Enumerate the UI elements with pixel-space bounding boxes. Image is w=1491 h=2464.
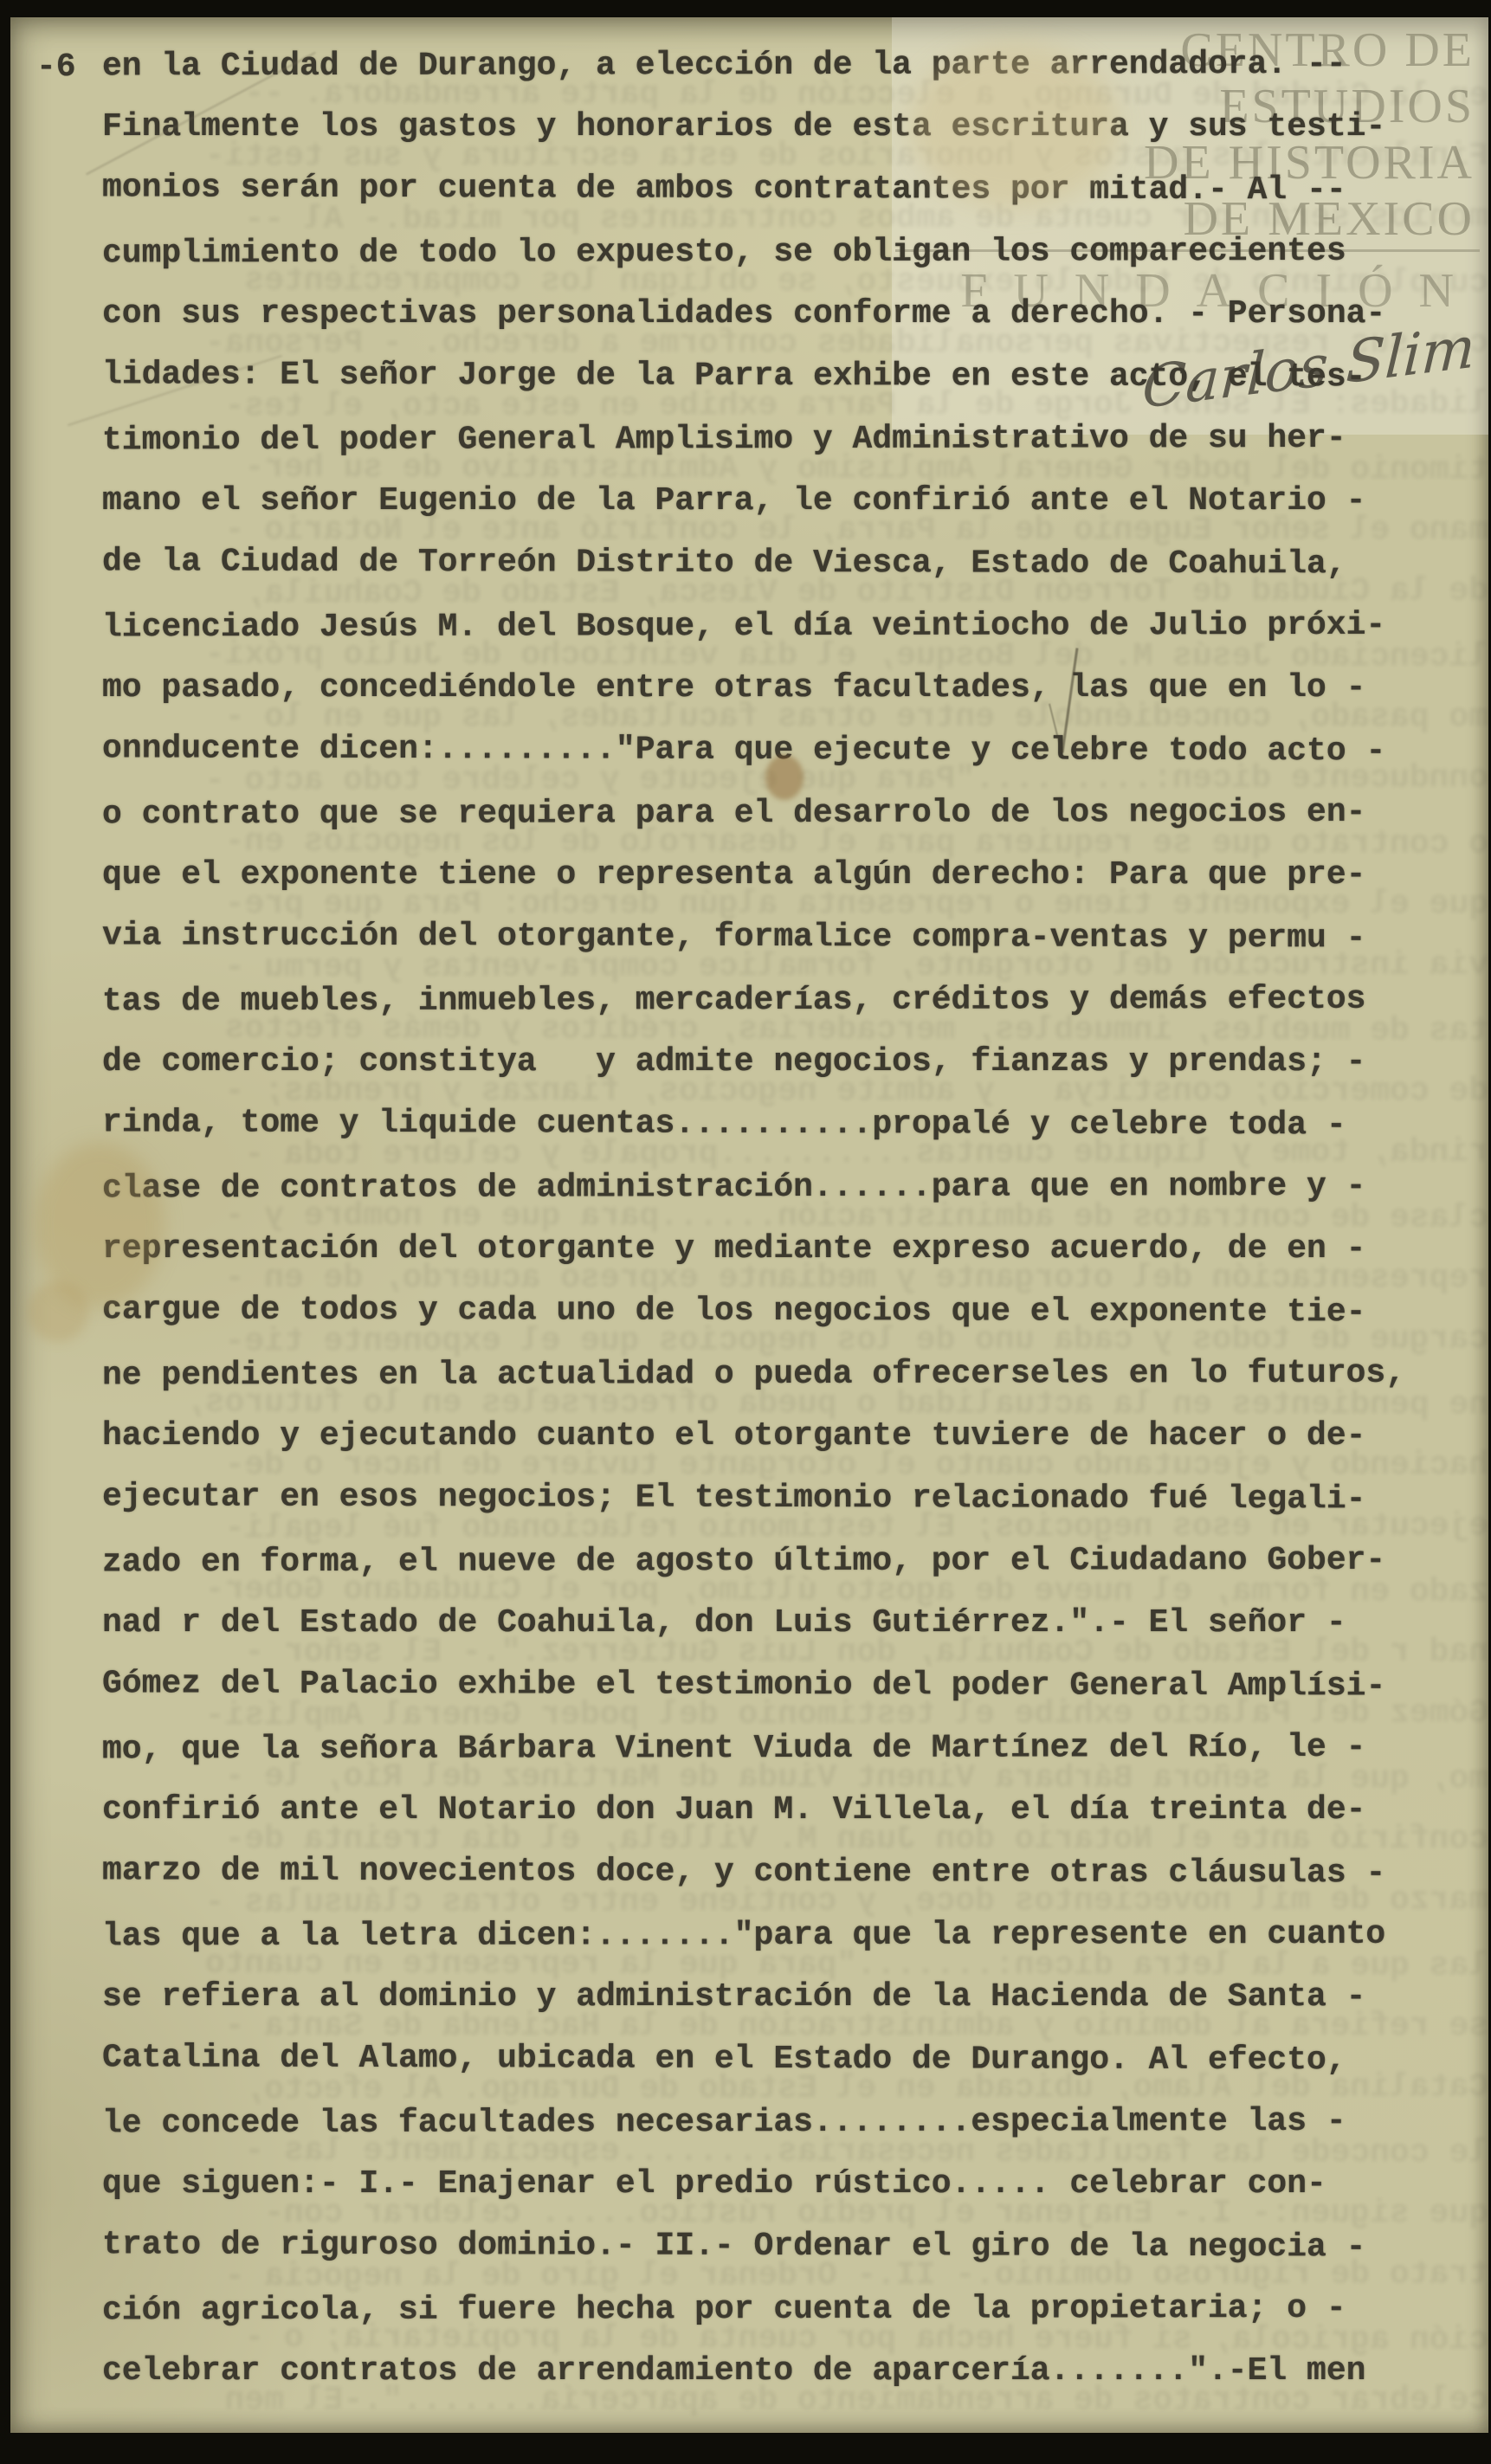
document-line: o contrato que se requiera para el desar… (102, 794, 1471, 859)
paper-sheet: CENTRO DEESTUDIOSDE HISTORIADE MEXICO FU… (10, 17, 1488, 2433)
document-line: ción agricola, si fuere hecha por cuenta… (102, 2290, 1471, 2355)
scanned-document-page: CENTRO DEESTUDIOSDE HISTORIADE MEXICO FU… (0, 0, 1491, 2464)
document-line: cargue de todos y cada uno de los negoci… (102, 1291, 1471, 1356)
document-line: que siguen:- I.- Enajenar el predio rúst… (102, 2165, 1471, 2228)
document-line: Gómez del Palacio exhibe el testimonio d… (102, 1665, 1471, 1730)
document-line: de comercio; constitya y admite negocios… (102, 1043, 1471, 1106)
document-line: ne pendientes en la actualidad o pueda o… (102, 1355, 1471, 1420)
document-line: timonio del poder General Amplisimo y Ad… (102, 420, 1471, 485)
document-line: licenciado Jesús M. del Bosque, el día v… (102, 607, 1471, 672)
document-line: las que a la letra dicen:......."para qu… (102, 1916, 1471, 1981)
document-line: rinda, tome y liquide cuentas..........p… (102, 1104, 1471, 1169)
document-line: nad r del Estado de Coahuila, don Luis G… (102, 1604, 1471, 1667)
document-line: celebrar contratos de arrendamiento de a… (102, 2352, 1471, 2415)
paper-stain (911, 43, 1119, 208)
document-line: via instrucción del otorgante, formalice… (102, 917, 1471, 982)
document-line: haciendo y ejecutando cuanto el otorgant… (102, 1417, 1471, 1480)
typewritten-text-block: en la Ciudad de Durango, a elección de l… (102, 46, 1471, 2415)
document-line: ejecutar en esos negocios; El testimonio… (102, 1478, 1471, 1543)
document-line: confirió ante el Notario don Juan M. Vil… (102, 1791, 1471, 1854)
document-line: mo, que la señora Bárbara Vinent Viuda d… (102, 1729, 1471, 1794)
paper-stain (28, 1281, 88, 1342)
document-line: cumplimiento de todo lo expuesto, se obl… (102, 233, 1471, 298)
document-line: Finalmente los gastos y honorarios de es… (102, 108, 1471, 171)
document-line: le concede las facultades necesarias....… (102, 2103, 1471, 2168)
document-line: zado en forma, el nueve de agosto último… (102, 1542, 1471, 1607)
document-line: mo pasado, concediéndole entre otras fac… (102, 669, 1471, 732)
document-line: tas de muebles, inmuebles, mercaderías, … (102, 981, 1471, 1046)
document-line: trato de riguroso dominio.- II.- Ordenar… (102, 2226, 1471, 2291)
document-line: lidades: El señor Jorge de la Parra exhi… (102, 356, 1471, 421)
document-line: que el exponente tiene o representa algú… (102, 856, 1471, 919)
page-number: -6 (36, 48, 76, 86)
document-line: con sus respectivas personalidades confo… (102, 295, 1471, 358)
document-line: clase de contratos de administración....… (102, 1168, 1471, 1233)
document-line: marzo de mil novecientos doce, y contien… (102, 1852, 1471, 1917)
document-line: se refiera al dominio y administración d… (102, 1978, 1471, 2041)
document-line: Catalina del Alamo, ubicada en el Estado… (102, 2039, 1471, 2104)
document-line: mano el señor Eugenio de la Parra, le co… (102, 482, 1471, 545)
document-line: de la Ciudad de Torreón Distrito de Vies… (102, 543, 1471, 608)
paper-stain (765, 755, 804, 800)
document-line: monios serán por cuenta de ambos contrat… (102, 169, 1471, 234)
document-line: representación del otorgante y mediante … (102, 1230, 1471, 1293)
